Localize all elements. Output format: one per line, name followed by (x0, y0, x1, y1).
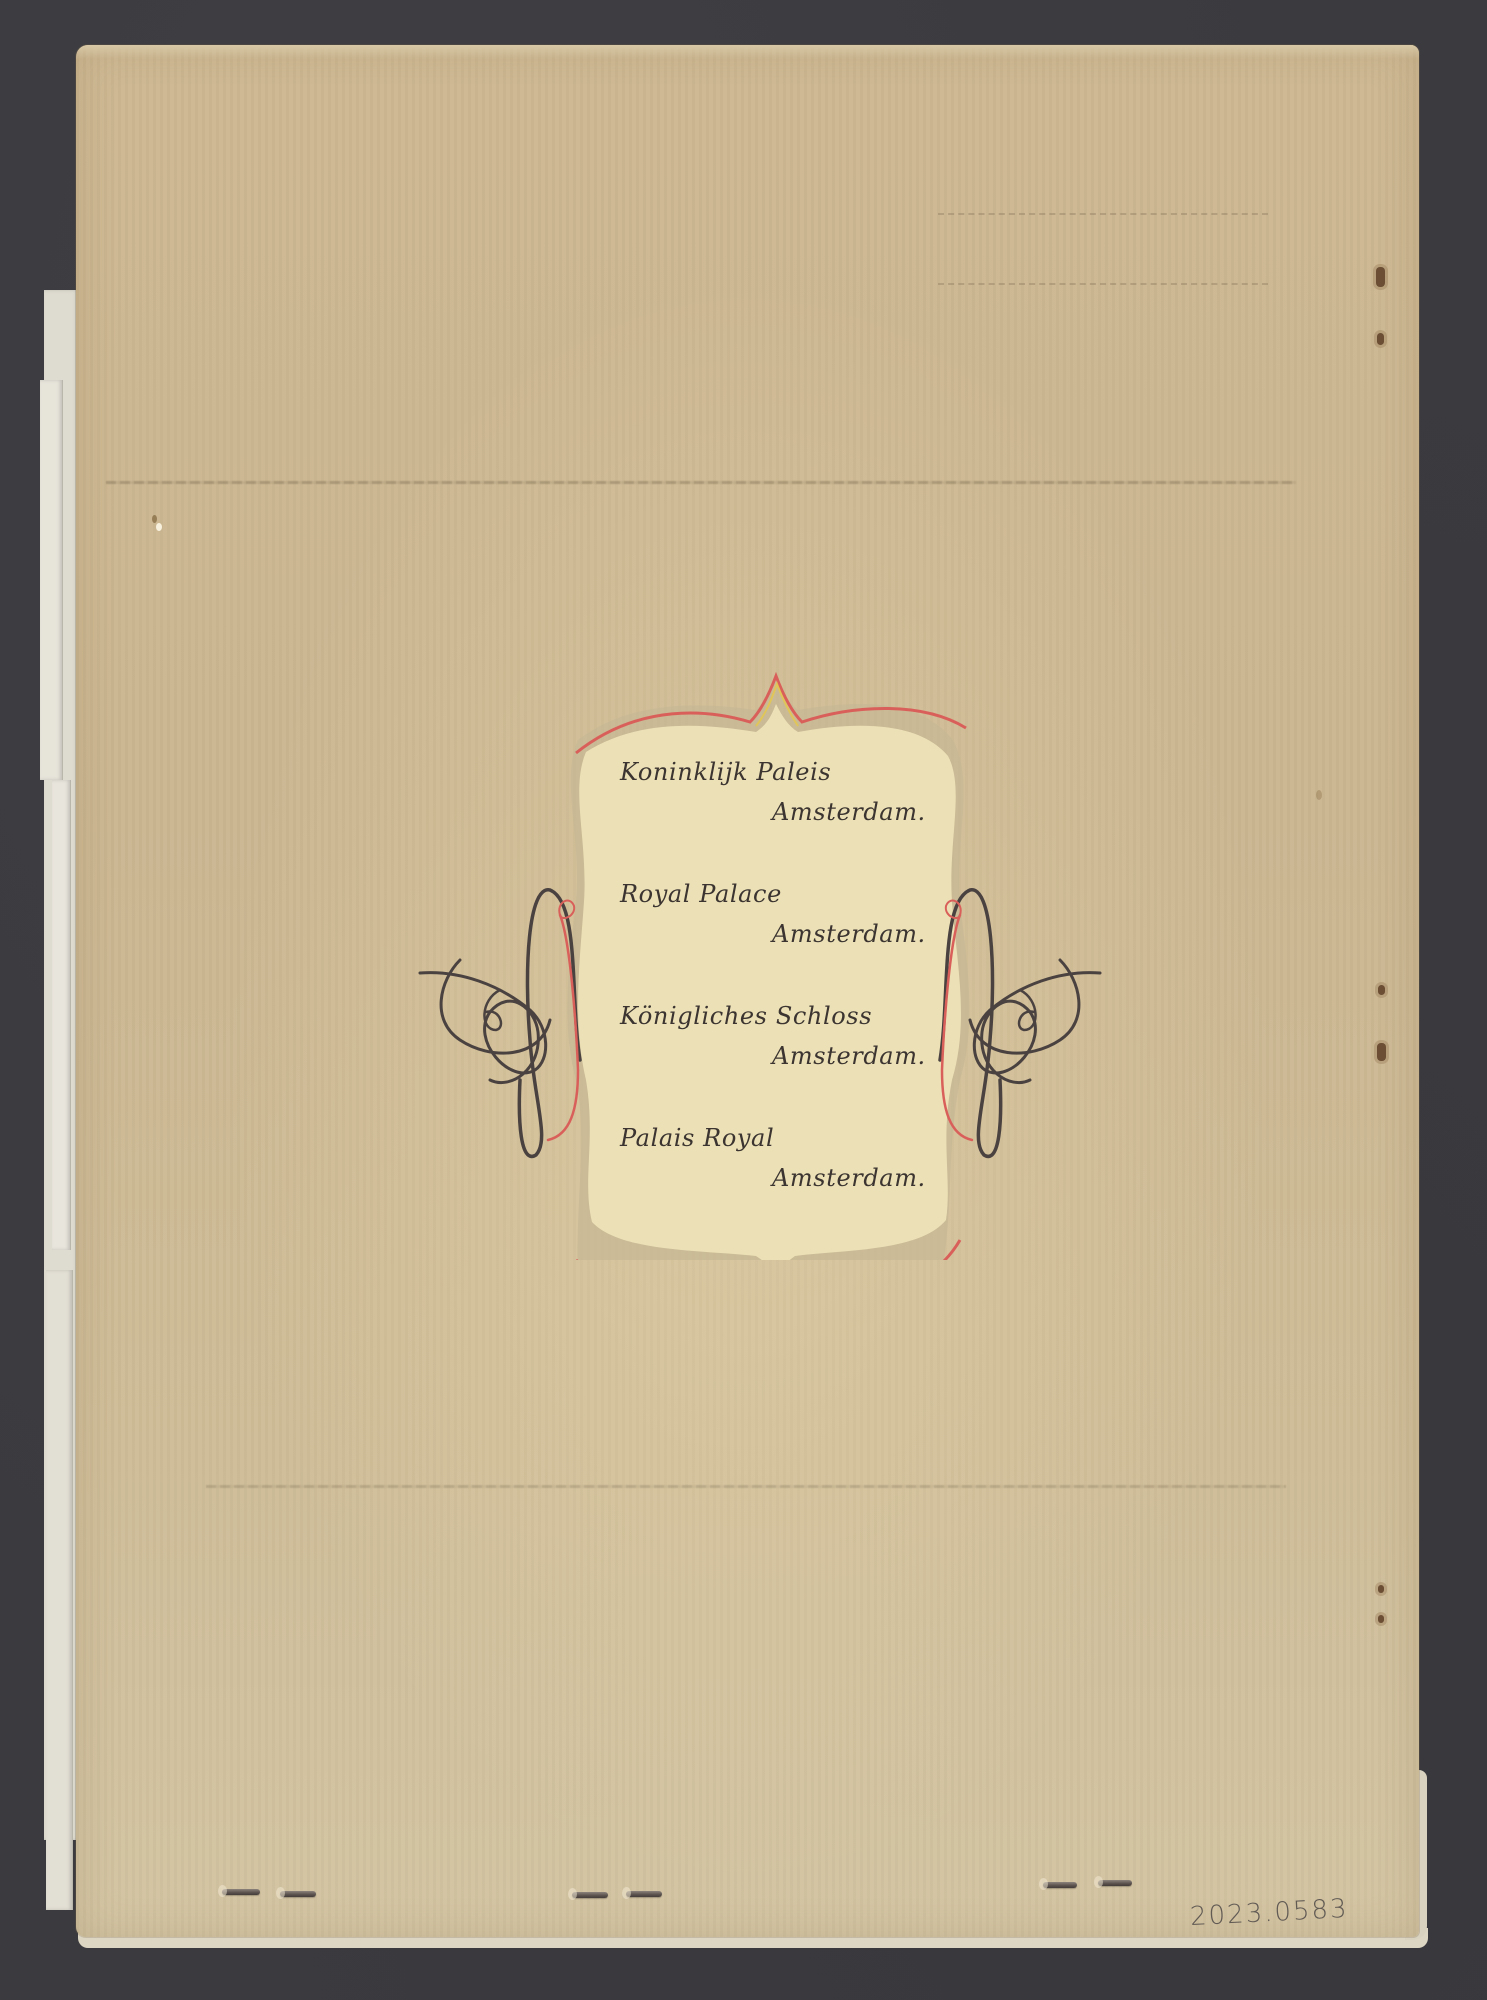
binding-hole (1378, 1615, 1384, 1623)
show-through-box (938, 213, 1268, 285)
entry-english-city: Amsterdam. (772, 920, 926, 948)
entry-french-city: Amsterdam. (772, 1164, 926, 1192)
staple (222, 1889, 260, 1895)
entry-french-name: Palais Royal (620, 1124, 774, 1152)
binding-hole (1377, 333, 1384, 345)
binding-hole (1376, 267, 1385, 287)
page-edge-layer (46, 1270, 73, 1910)
staple (280, 1891, 316, 1897)
fold-line-lower (206, 1485, 1286, 1488)
binding-hole (1378, 985, 1385, 995)
entry-german-city: Amsterdam. (772, 1042, 926, 1070)
paper-speck (156, 523, 162, 531)
staple (1043, 1882, 1077, 1888)
entry-dutch-name: Koninklijk Paleis (620, 758, 831, 786)
staple (572, 1892, 608, 1898)
cartouche-text: Koninklijk Paleis Amsterdam. Royal Palac… (400, 640, 1120, 1260)
entry-german-name: Königliches Schloss (620, 1002, 872, 1030)
staple (626, 1891, 662, 1897)
binding-hole (1377, 1043, 1386, 1061)
stain (1316, 790, 1322, 800)
entry-english-name: Royal Palace (620, 880, 782, 908)
staple (1098, 1880, 1132, 1886)
page-edge-layer (52, 780, 71, 1250)
title-cartouche: Koninklijk Paleis Amsterdam. Royal Palac… (400, 640, 1120, 1260)
binding-hole (1378, 1585, 1384, 1593)
fold-line-upper (106, 481, 1296, 484)
stain (152, 515, 157, 523)
entry-dutch-city: Amsterdam. (772, 798, 926, 826)
page-top-edge (76, 45, 1419, 59)
page-edge-layer (40, 380, 63, 780)
